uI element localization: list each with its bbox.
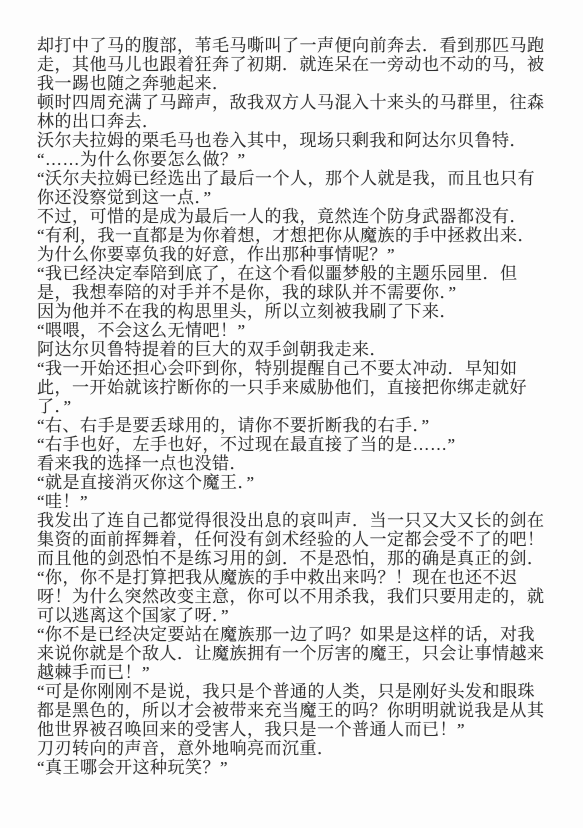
text-line: 越棘手而已！” xyxy=(37,663,553,682)
text-line: “右手也好，左手也好，不过现在最直接了当的是……” xyxy=(37,435,553,454)
text-line: 来说你就是个敌人．让魔族拥有一个厉害的魔王，只会让事情越来 xyxy=(37,644,553,663)
text-line: “你不是已经决定要站在魔族那一边了吗？如果是这样的话，对我 xyxy=(37,625,553,644)
text-line: 集资的面前挥舞着，任何没有剑术经验的人一定都会受不了的吧！ xyxy=(37,530,553,549)
text-line: “真王哪会开这种玩笑？” xyxy=(37,758,553,777)
text-line: “有利，我一直都是为你着想，才想把你从魔族的手中拯救出来． xyxy=(37,226,553,245)
text-line: “……为什么你要怎么做？” xyxy=(37,150,553,169)
text-line: 走，其他马儿也跟着狂奔了初期．就连呆在一旁动也不动的马，被 xyxy=(37,55,553,74)
text-line: 我一踢也随之奔驰起来． xyxy=(37,74,553,93)
text-line: 因为他并不在我的构思里头，所以立刻被我刷了下来． xyxy=(37,302,553,321)
text-line: 此，一开始就该拧断你的一只手来威胁他们，直接把你绑走就好 xyxy=(37,378,553,397)
text-line: 了．” xyxy=(37,397,553,416)
text-line: 阿达尔贝鲁特提着的巨大的双手剑朝我走来． xyxy=(37,340,553,359)
text-line: 可以逃离这个国家了呀．” xyxy=(37,606,553,625)
text-line: 而且他的剑恐怕不是练习用的剑．不是恐怕，那的确是真正的剑． xyxy=(37,549,553,568)
text-line: 是，我想奉陪的对手并不是你，我的球队并不需要你．” xyxy=(37,283,553,302)
text-line: 却打中了马的腹部，苇毛马嘶叫了一声便向前奔去．看到那匹马跑 xyxy=(37,36,553,55)
text-line: 我发出了连自己都觉得很没出息的哀叫声．当一只又大又长的剑在 xyxy=(37,511,553,530)
text-line: “喂喂，不会这么无情吧！” xyxy=(37,321,553,340)
text-line: 沃尔夫拉姆的栗毛马也卷入其中，现场只剩我和阿达尔贝鲁特． xyxy=(37,131,553,150)
text-line: 你还没察觉到这一点．” xyxy=(37,188,553,207)
text-line: “你，你不是打算把我从魔族的手中救出来吗？！现在也还不迟 xyxy=(37,568,553,587)
text-line: 林的出口奔去． xyxy=(37,112,553,131)
text-line: “右、右手是要丢球用的，请你不要折断我的右手．” xyxy=(37,416,553,435)
text-line: 不过，可惜的是成为最后一人的我，竟然连个防身武器都没有． xyxy=(37,207,553,226)
text-line: “就是直接消灭你这个魔王．” xyxy=(37,473,553,492)
scanned-novel-page: 却打中了马的腹部，苇毛马嘶叫了一声便向前奔去．看到那匹马跑走，其他马儿也跟着狂奔… xyxy=(0,0,583,828)
text-line: 刀刃转向的声音，意外地响亮而沉重． xyxy=(37,739,553,758)
text-line: 他世界被召唤回来的受害人，我只是一个普通人而已！” xyxy=(37,720,553,739)
text-line: 为什么你要辜负我的好意，作出那种事情呢？” xyxy=(37,245,553,264)
text-line: 看来我的选择一点也没错． xyxy=(37,454,553,473)
text-line: 顿时四周充满了马蹄声，敌我双方人马混入十来头的马群里，往森 xyxy=(37,93,553,112)
text-line: “我一开始还担心会吓到你，特别提醒自己不要太冲动．早知如 xyxy=(37,359,553,378)
text-line: “哇！” xyxy=(37,492,553,511)
novel-text-block: 却打中了马的腹部，苇毛马嘶叫了一声便向前奔去．看到那匹马跑走，其他马儿也跟着狂奔… xyxy=(37,36,553,777)
text-line: 呀！为什么突然改变主意，你可以不用杀我，我们只要用走的，就 xyxy=(37,587,553,606)
text-line: 都是黑色的，所以才会被带来充当魔王的吗？你明明就说我是从其 xyxy=(37,701,553,720)
text-line: “可是你刚刚不是说，我只是个普通的人类，只是刚好头发和眼珠 xyxy=(37,682,553,701)
text-line: “沃尔夫拉姆已经选出了最后一个人，那个人就是我，而且也只有 xyxy=(37,169,553,188)
text-line: “我已经决定奉陪到底了，在这个看似噩梦般的主题乐园里．但 xyxy=(37,264,553,283)
